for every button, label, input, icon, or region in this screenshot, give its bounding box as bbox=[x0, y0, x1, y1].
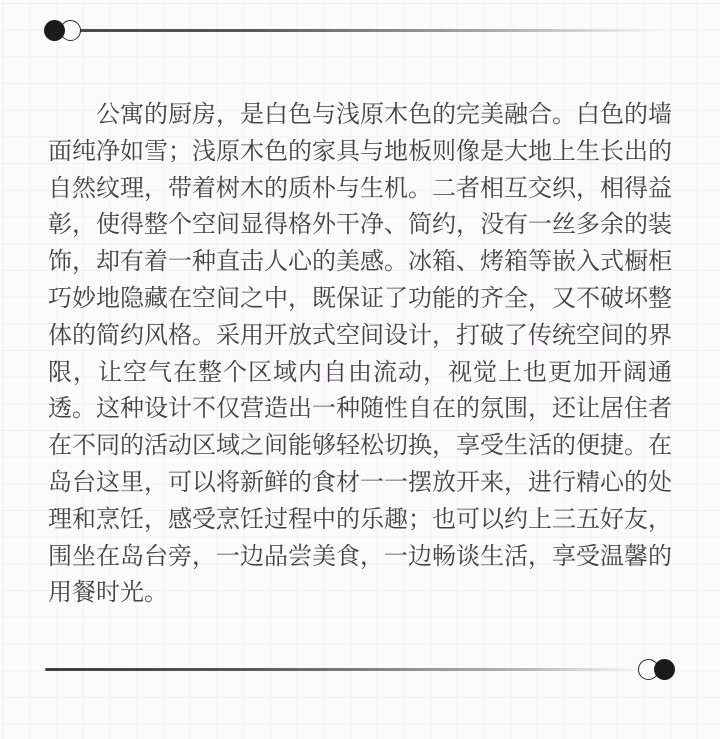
text-line: 饰，却有着一种直击人心的美感。冰箱、烤箱等嵌入式橱柜 bbox=[48, 244, 672, 281]
filled-dot-icon bbox=[654, 659, 675, 680]
bottom-divider-rule bbox=[45, 668, 640, 671]
text-line: 彰，使得整个空间显得格外干净、简约，没有一丝多余的装 bbox=[48, 207, 672, 244]
text-line: 体的简约风格。采用开放式空间设计，打破了传统空间的界 bbox=[48, 318, 672, 355]
text-line: 巧妙地隐藏在空间之中，既保证了功能的齐全，又不破坏整 bbox=[48, 281, 672, 318]
text-line: 透。这种设计不仅营造出一种随性自在的氛围，还让居住者 bbox=[48, 391, 672, 428]
text-line: 自然纹理，带着树木的质朴与生机。二者相互交织，相得益 bbox=[48, 171, 672, 208]
text-line: 限，让空气在整个区域内自由流动，视觉上也更加开阔通 bbox=[48, 355, 672, 392]
note-card-page: 公寓的厨房，是白色与浅原木色的完美融合。白色的墙 面纯净如雪；浅原木色的家具与地… bbox=[0, 0, 720, 739]
text-line: 围坐在岛台旁，一边品尝美食，一边畅谈生活，享受温馨的 bbox=[48, 539, 672, 576]
text-line: 用餐时光。 bbox=[48, 575, 672, 612]
text-line: 岛台这里，可以将新鲜的食材一一摆放开来，进行精心的处 bbox=[48, 465, 672, 502]
filled-dot-icon bbox=[44, 20, 65, 41]
top-divider-rule bbox=[79, 29, 658, 32]
text-line: 理和烹饪，感受烹饪过程中的乐趣；也可以约上三五好友， bbox=[48, 502, 672, 539]
article-paragraph: 公寓的厨房，是白色与浅原木色的完美融合。白色的墙 面纯净如雪；浅原木色的家具与地… bbox=[48, 97, 672, 612]
text-line: 公寓的厨房，是白色与浅原木色的完美融合。白色的墙 bbox=[48, 97, 672, 134]
text-line: 面纯净如雪；浅原木色的家具与地板则像是大地上生长出的 bbox=[48, 134, 672, 171]
text-line: 在不同的活动区域之间能够轻松切换，享受生活的便捷。在 bbox=[48, 428, 672, 465]
